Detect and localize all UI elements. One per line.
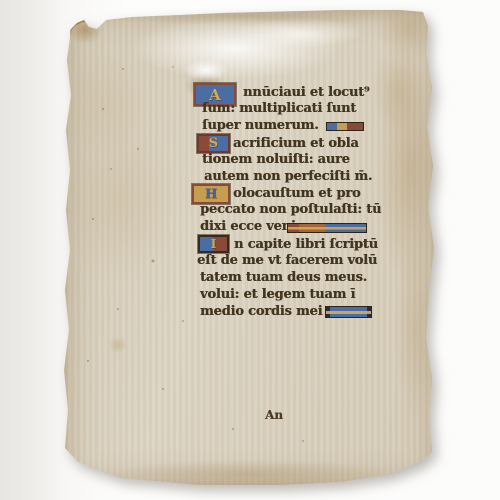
vellum-leaf: A S H I nnūciaui et locut⁹ ſum: multipli… (62, 8, 438, 486)
text-line: eſt de me vt facerem volū (197, 253, 377, 268)
leaf-shadow: A S H I nnūciaui et locut⁹ ſum: multipli… (62, 8, 438, 486)
line-filler-ornament (287, 223, 367, 233)
text-line: n capite libri ſcriptū (234, 237, 378, 252)
illuminated-initial-h: H (192, 184, 230, 204)
text-line: olocauſtum et pro (233, 186, 360, 201)
text-line: medio cordis mei (200, 304, 322, 319)
catchword: An (265, 408, 283, 422)
text-line: volui: et legem tuam ī (200, 287, 355, 302)
text-line: ſuper numerum. (202, 118, 319, 133)
line-filler-ornament (325, 306, 372, 318)
illuminated-initial-s: S (197, 134, 230, 153)
manuscript-photo: A S H I nnūciaui et locut⁹ ſum: multipli… (0, 0, 500, 500)
text-line: autem non perfeciſti m̄. (204, 169, 372, 184)
text-line: acrificium et obla (233, 136, 359, 151)
text-line: tatem tuam deus meus. (200, 270, 367, 285)
text-line: nnūciaui et locut⁹ (243, 85, 369, 100)
text-line: ſum: multiplicati ſunt (202, 101, 356, 116)
vellum-specks (62, 8, 64, 10)
line-filler-ornament (326, 122, 364, 131)
text-line: peccato non poſtulaſti: tū (200, 202, 381, 217)
text-line: tionem noluiſti: aure (202, 152, 350, 167)
illuminated-initial-i: I (198, 235, 229, 253)
